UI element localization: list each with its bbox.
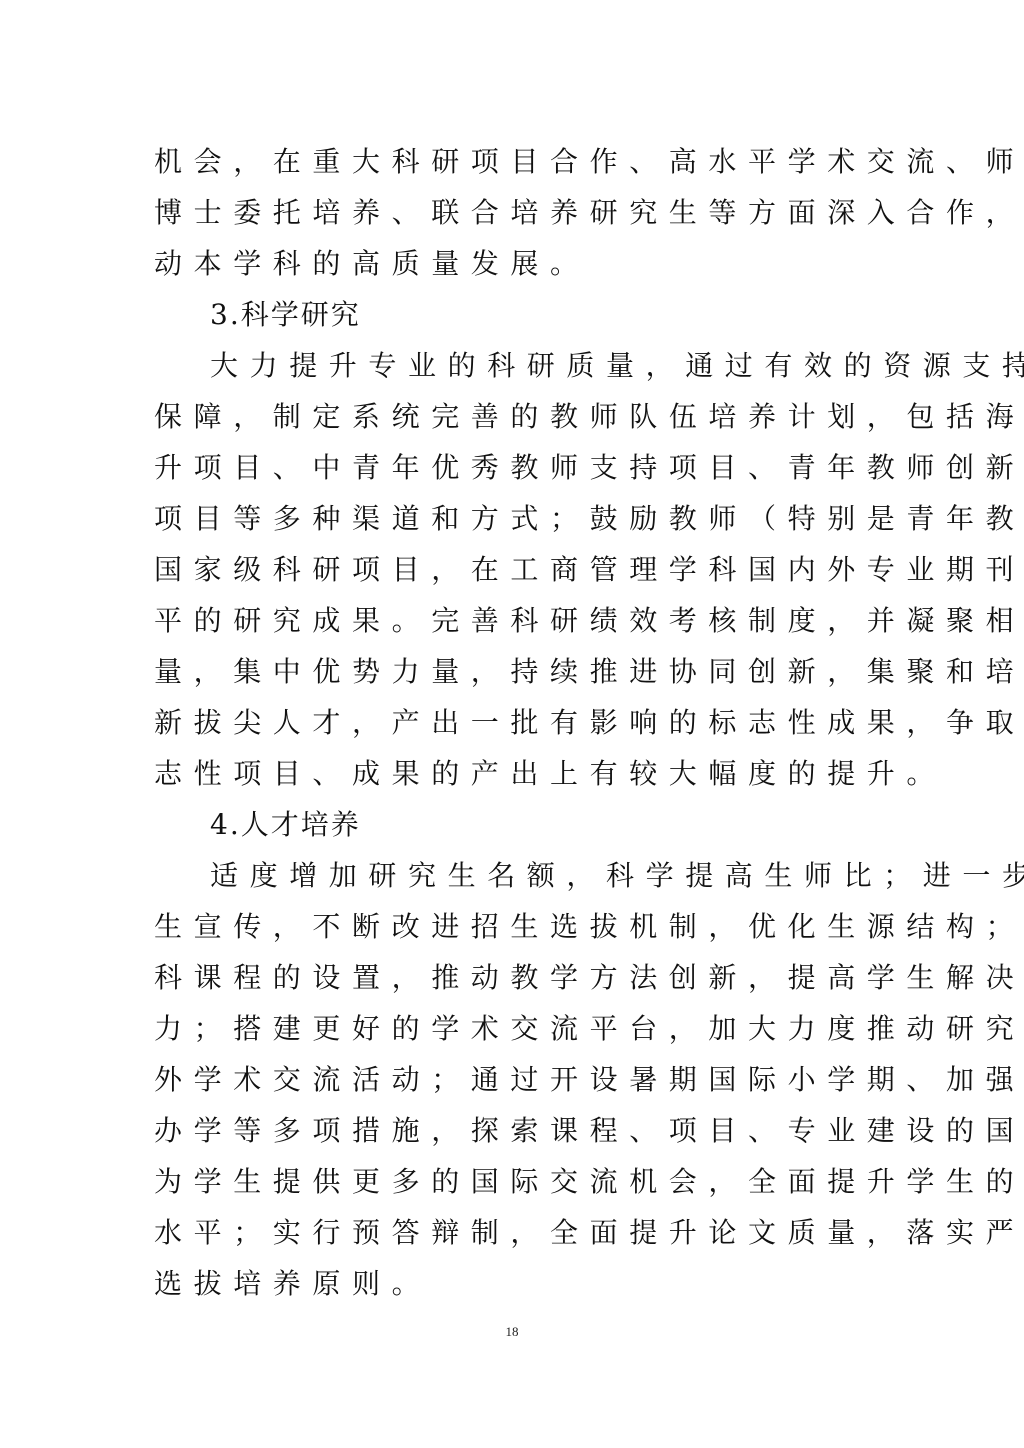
paragraph-line: 项目等多种渠道和方式；鼓励教师（特别是青年教师）申请 — [154, 493, 870, 544]
paragraph-line: 适度增加研究生名额，科学提高生师比；进一步扩大招 — [154, 850, 870, 901]
section-heading-talent: 4.人才培养 — [154, 799, 870, 850]
paragraph-line: 量，集中优势力量，持续推进协同创新，集聚和培养一批创 — [154, 646, 870, 697]
paragraph-line: 水平；实行预答辩制，全面提升论文质量，落实严进严出的 — [154, 1207, 870, 1258]
page-number: 18 — [0, 1324, 1024, 1340]
paragraph-line: 新拔尖人才，产出一批有影响的标志性成果，争取在重大标 — [154, 697, 870, 748]
paragraph-line: 平的研究成果。完善科研绩效考核制度，并凝聚相关学科力 — [154, 595, 870, 646]
paragraph-line: 为学生提供更多的国际交流机会，全面提升学生的国际交流 — [154, 1156, 870, 1207]
document-body: 机会，在重大科研项目合作、高水平学术交流、师资培养与 博士委托培养、联合培养研究… — [154, 136, 870, 1309]
paragraph-line: 外学术交流活动；通过开设暑期国际小学期、加强国际联合 — [154, 1054, 870, 1105]
paragraph-line: 保障，制定系统完善的教师队伍培养计划，包括海外访学提 — [154, 391, 870, 442]
paragraph-line: 力；搭建更好的学术交流平台，加大力度推动研究生的境内 — [154, 1003, 870, 1054]
paragraph-line: 博士委托培养、联合培养研究生等方面深入合作，进一步推 — [154, 187, 870, 238]
paragraph-line: 生宣传，不断改进招生选拔机制，优化生源结构；增加跨学 — [154, 901, 870, 952]
paragraph-line: 国家级科研项目，在工商管理学科国内外专业期刊发表高水 — [154, 544, 870, 595]
paragraph-line: 办学等多项措施，探索课程、项目、专业建设的国际合作， — [154, 1105, 870, 1156]
paragraph-line: 升项目、中青年优秀教师支持项目、青年教师创新团队发展 — [154, 442, 870, 493]
section-heading-research: 3.科学研究 — [154, 289, 870, 340]
paragraph-line: 机会，在重大科研项目合作、高水平学术交流、师资培养与 — [154, 136, 870, 187]
document-page: 机会，在重大科研项目合作、高水平学术交流、师资培养与 博士委托培养、联合培养研究… — [0, 0, 1024, 1448]
paragraph-line: 动本学科的高质量发展。 — [154, 238, 870, 289]
paragraph-line: 科课程的设置，推动教学方法创新，提高学生解决问题的能 — [154, 952, 870, 1003]
paragraph-line: 选拔培养原则。 — [154, 1258, 870, 1309]
paragraph-line: 志性项目、成果的产出上有较大幅度的提升。 — [154, 748, 870, 799]
paragraph-line: 大力提升专业的科研质量，通过有效的资源支持和资金 — [154, 340, 870, 391]
